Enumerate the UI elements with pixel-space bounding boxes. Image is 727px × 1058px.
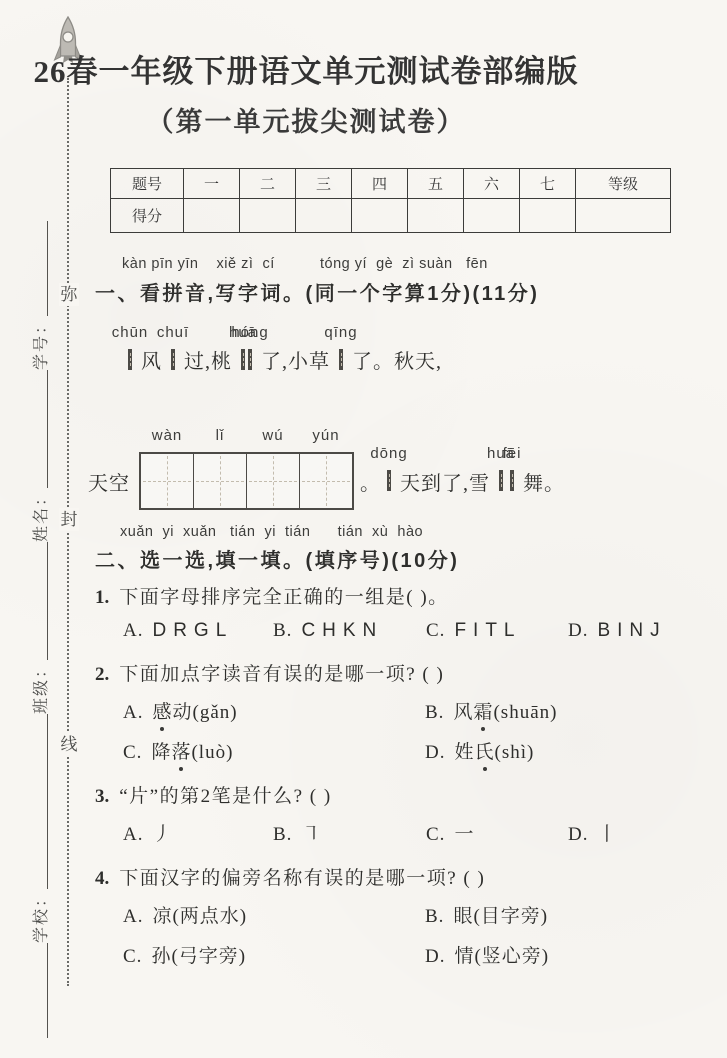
option-text-after: 动(gǎn) <box>173 702 238 723</box>
score-cell-empty <box>240 199 296 233</box>
question-stem: 下面汉字的偏旁名称有误的是哪一项? ( ) <box>119 868 485 889</box>
option-text: BINJ <box>597 620 666 641</box>
student-info-strip: 学校： 班级： 姓名： 学号： <box>26 158 52 1038</box>
sentence-text: 了。秋天, <box>352 345 442 374</box>
option-text: 眼(目字旁) <box>453 906 548 927</box>
seal-char-xian: 线 <box>59 733 79 756</box>
sentence-text: 了,小草 <box>261 345 330 374</box>
question-stem: 下面字母排序完全正确的一组是( )。 <box>119 587 448 608</box>
section2-pinyin: xuǎn yi xuǎn tián yi tián tián xù hào <box>120 524 423 540</box>
option-label: A. <box>123 906 143 927</box>
seal-dotted-line <box>67 78 69 986</box>
score-table-cell: 五 <box>408 169 464 199</box>
score-table: 题号 一 二 三 四 五 六 七 等级 得分 <box>110 168 671 233</box>
tianzige-box <box>499 470 503 491</box>
option-D: D.情(竖心旁) <box>425 941 720 968</box>
question-4: 4.下面汉字的偏旁名称有误的是哪一项? ( )A.凉(两点水)B.眼(目字旁)C… <box>95 863 720 968</box>
option-text-after: (shì) <box>495 742 535 763</box>
option-label: B. <box>273 824 292 845</box>
score-cell-empty <box>520 199 576 233</box>
exam-paper-page: 弥 封 线 学校： 班级： 姓名： 学号： 26春一年级下册语文单元测试卷部编版… <box>0 0 727 1058</box>
class-label: 班级： <box>28 660 51 714</box>
paper-title: 26春一年级下册语文单元测试卷部编版 <box>0 46 612 91</box>
tianzige-cell: wú <box>246 454 299 508</box>
option-label: C. <box>123 742 142 763</box>
school-blank-line <box>47 943 48 1038</box>
option-label: A. <box>123 824 143 845</box>
option-label: A. <box>123 620 143 641</box>
score-cell-empty <box>184 199 240 233</box>
option-B: B.眼(目字旁) <box>425 901 720 928</box>
tianzige-cell: lǐ <box>193 454 246 508</box>
paper-subtitle: （第一单元拔尖测试卷） <box>0 100 612 139</box>
tianzige-box <box>510 470 514 491</box>
question-2: 2.下面加点字读音有误的是哪一项? ( )A.感动(gǎn)B.风霜(shuān… <box>95 659 720 764</box>
option-text: ㇕ <box>301 824 321 845</box>
option-label: C. <box>426 824 445 845</box>
option-label: B. <box>425 702 444 723</box>
score-table-header-row: 题号 一 二 三 四 五 六 七 等级 <box>111 169 671 199</box>
option-C: C.FITL <box>426 620 568 642</box>
option-label: B. <box>273 620 292 641</box>
section2-heading: 二、选一选,填一填。(填序号)(10分) <box>95 544 459 573</box>
question-options: A.感动(gǎn)B.风霜(shuān)C.降落(luò)D.姓氏(shì) <box>95 697 720 764</box>
question-number: 3. <box>95 786 109 807</box>
option-C: C.降落(luò) <box>123 737 425 764</box>
pinyin-fei: fēi <box>503 445 522 462</box>
student-id-blank-line <box>47 370 48 488</box>
option-text-before: 姓 <box>454 742 474 763</box>
option-label: A. <box>123 702 143 723</box>
tianzige-box <box>339 349 343 370</box>
dotted-character: 霜 <box>473 697 493 724</box>
option-text: 凉(两点水) <box>152 906 247 927</box>
option-text: 情(竖心旁) <box>454 946 549 967</box>
tianzige-box <box>248 349 252 370</box>
question-number: 1. <box>95 587 109 608</box>
top-blank-line <box>47 221 48 316</box>
answer-box: huā <box>241 351 245 369</box>
tianzige-box <box>387 470 391 491</box>
question-text: 1.下面字母排序完全正确的一组是( )。 <box>95 582 720 609</box>
question-3: 3.“片”的第2笔是什么? ( )A.丿B.㇕C.一D.丨 <box>95 781 720 846</box>
dotted-character: 落 <box>171 737 191 764</box>
sentence-text: 过,桃 <box>184 345 232 374</box>
name-blank-line <box>47 542 48 660</box>
tianzige-cell: yún <box>299 454 352 508</box>
option-text: CHKN <box>301 620 383 641</box>
answer-box: chuī <box>171 351 175 369</box>
option-A: A.丿 <box>123 819 273 846</box>
section1-heading: 一、看拼音,写字词。(同一个字算1分)(11分) <box>95 277 539 306</box>
score-table-cell: 等级 <box>576 169 671 199</box>
score-table-score-row: 得分 <box>111 199 671 233</box>
option-B: B.风霜(shuān) <box>425 697 720 724</box>
option-B: B.CHKN <box>273 620 426 642</box>
option-text: FITL <box>454 620 521 641</box>
tianzige-box <box>241 349 245 370</box>
question-number: 4. <box>95 868 109 889</box>
score-row-label: 得分 <box>111 199 184 233</box>
option-text-before: 风 <box>453 702 473 723</box>
question-list: 1.下面字母排序完全正确的一组是( )。A.DRGLB.CHKNC.FITLD.… <box>95 582 720 985</box>
option-D: D.丨 <box>568 819 720 846</box>
question-stem: “片”的第2笔是什么? ( ) <box>119 786 331 807</box>
class-blank-line <box>47 714 48 889</box>
option-D: D.姓氏(shì) <box>425 737 720 764</box>
score-cell-empty <box>464 199 520 233</box>
answer-box: huā <box>499 472 503 490</box>
answer-box: dōng <box>387 472 391 490</box>
option-text-after: (luò) <box>191 742 233 763</box>
option-label: C. <box>123 946 142 967</box>
dotted-character: 氏 <box>475 737 495 764</box>
pinyin-dong: dōng <box>370 445 407 462</box>
question-number: 2. <box>95 664 109 685</box>
seal-char-mi: 弥 <box>59 283 79 306</box>
option-text-before: 降 <box>151 742 171 763</box>
score-table-cell: 题号 <box>111 169 184 199</box>
option-D: D.BINJ <box>568 620 720 642</box>
score-cell-empty <box>408 199 464 233</box>
answer-grid: wàn lǐ wú yún <box>139 452 354 510</box>
option-text: 丨 <box>597 824 617 845</box>
score-table-cell: 六 <box>464 169 520 199</box>
score-table-cell: 二 <box>240 169 296 199</box>
school-label: 学校： <box>28 889 51 943</box>
option-A: A.凉(两点水) <box>123 901 425 928</box>
option-text: 感动(gǎn) <box>152 702 237 723</box>
option-label: D. <box>568 824 588 845</box>
student-id-label: 学号： <box>28 316 51 370</box>
fill-row-2: 天空 wàn lǐ wú yún 。 dōng 天到了,雪 huā fēi <box>88 452 574 510</box>
pinyin-yun: yún <box>312 427 339 444</box>
pinyin-qing: qīng <box>324 324 357 341</box>
option-C: C.孙(弓字旁) <box>123 941 425 968</box>
score-cell-empty <box>296 199 352 233</box>
tianzige-cell: wàn <box>141 454 193 508</box>
question-options: A.丿B.㇕C.一D.丨 <box>95 819 720 846</box>
answer-box-pair: huā fēi <box>499 472 514 490</box>
score-table-cell: 三 <box>296 169 352 199</box>
option-label: C. <box>426 620 445 641</box>
answer-box: hóng <box>248 351 252 369</box>
pinyin-hong: hóng <box>231 324 268 341</box>
question-options: A.DRGLB.CHKNC.FITLD.BINJ <box>95 620 720 642</box>
option-A: A.感动(gǎn) <box>123 697 425 724</box>
pinyin-chui: chuī <box>157 324 189 341</box>
option-text: 丿 <box>152 824 172 845</box>
name-label: 姓名： <box>28 488 51 542</box>
question-1: 1.下面字母排序完全正确的一组是( )。A.DRGLB.CHKNC.FITLD.… <box>95 582 720 642</box>
question-stem: 下面加点字读音有误的是哪一项? ( ) <box>119 664 444 685</box>
tianzige-box <box>171 349 175 370</box>
answer-box: qīng <box>339 351 343 369</box>
option-text: 风霜(shuān) <box>453 702 557 723</box>
section1-pinyin: kàn pīn yīn xiě zì cí tóng yí gè zì suàn… <box>122 256 488 272</box>
pinyin-wan: wàn <box>152 427 183 444</box>
question-text: 3.“片”的第2笔是什么? ( ) <box>95 781 720 808</box>
sentence-text: 天到了,雪 <box>400 467 490 496</box>
sentence-text: 天空 <box>88 467 130 496</box>
option-label: D. <box>568 620 588 641</box>
score-table-cell: 七 <box>520 169 576 199</box>
answer-box: chūn <box>128 351 132 369</box>
option-C: C.一 <box>426 819 568 846</box>
seal-char-feng: 封 <box>59 508 79 531</box>
score-cell-empty <box>576 199 671 233</box>
option-label: D. <box>425 742 445 763</box>
option-text: 降落(luò) <box>151 742 233 763</box>
tianzige-box <box>128 349 132 370</box>
option-text: 姓氏(shì) <box>454 742 534 763</box>
dotted-character: 感 <box>152 697 172 724</box>
option-text: 一 <box>454 824 474 845</box>
fill-row-1: chūn 风 chuī 过,桃 huā hóng 了,小草 qīng 了。秋天, <box>128 345 451 374</box>
sentence-text: 风 <box>141 345 162 374</box>
punctuation: 。 <box>360 467 381 496</box>
option-A: A.DRGL <box>123 620 273 642</box>
option-text: 孙(弓字旁) <box>151 946 246 967</box>
option-label: D. <box>425 946 445 967</box>
option-B: B.㇕ <box>273 819 426 846</box>
option-text-after: (shuān) <box>493 702 557 723</box>
answer-box-pair: huā hóng <box>241 351 252 369</box>
pinyin-li: lǐ <box>216 427 225 444</box>
answer-box: fēi <box>510 472 514 490</box>
question-text: 4.下面汉字的偏旁名称有误的是哪一项? ( ) <box>95 863 720 890</box>
option-label: B. <box>425 906 444 927</box>
score-table-cell: 四 <box>352 169 408 199</box>
pinyin-chun: chūn <box>112 324 149 341</box>
score-cell-empty <box>352 199 408 233</box>
pinyin-wu: wú <box>262 427 283 444</box>
question-options: A.凉(两点水)B.眼(目字旁)C.孙(弓字旁)D.情(竖心旁) <box>95 901 720 968</box>
option-text: DRGL <box>152 620 233 641</box>
sentence-text: 舞。 <box>523 467 565 496</box>
score-table-cell: 一 <box>184 169 240 199</box>
question-text: 2.下面加点字读音有误的是哪一项? ( ) <box>95 659 720 686</box>
